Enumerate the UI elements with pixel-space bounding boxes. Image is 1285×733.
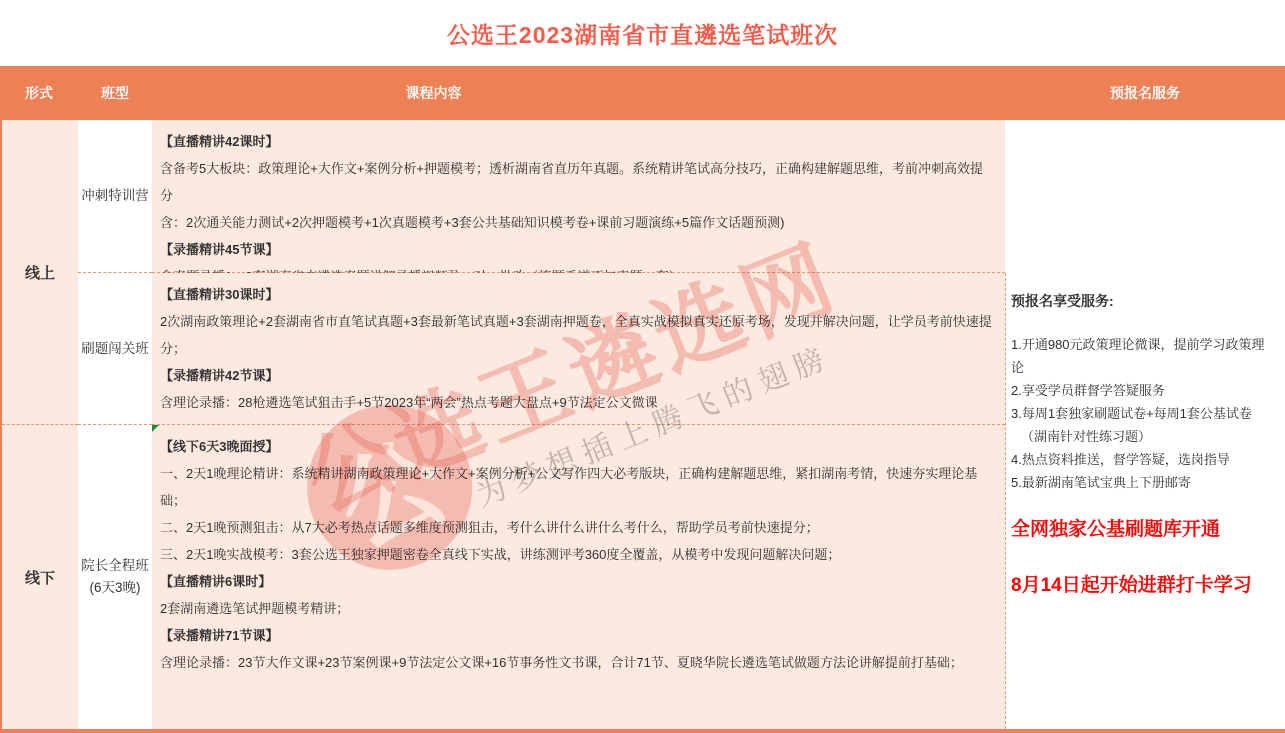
bottom-accent-bar <box>0 729 1285 733</box>
page: 公选王2023湖南省市直遴选笔试班次 形式 班型 课程内容 预报名服务 线上 线… <box>0 0 1285 733</box>
block-heading: 【录播精讲42节课】 <box>160 362 995 389</box>
content-cell-practice: 【直播精讲30课时】 2次湖南政策理论+2套湖南省市直笔试真题+3套最新笔试真题… <box>152 273 1005 425</box>
block-heading: 【录播精讲71节课】 <box>160 622 995 649</box>
class-cell-dean-duration: (6天3晚) <box>89 577 140 599</box>
block-heading: 【录播精讲45节课】 <box>160 236 995 263</box>
promo-highlight: 全网独家公基刷题库开通 <box>1011 518 1277 542</box>
header-cell-content: 课程内容 <box>152 83 1005 103</box>
green-corner-marker <box>152 425 159 432</box>
block-line: 含：2次通关能力测试+2次押题模考+1次真题模考+3套公共基础知识模考卷+课前习… <box>160 209 995 236</box>
title-bar: 公选王2023湖南省市直遴选笔试班次 <box>0 0 1285 66</box>
service-item: 1.开通980元政策理论微课，提前学习政策理论 <box>1011 333 1277 379</box>
block-line: 2次湖南政策理论+2套湖南省市直笔试真题+3套最新笔试真题+3套湖南押题卷，全真… <box>160 308 995 362</box>
header-cell-form: 形式 <box>0 83 78 103</box>
form-cell-offline: 线下 <box>2 425 78 729</box>
block-line: 含理论录播：28枪遴选笔试狙击手+5节2023年“两会”热点考题大盘点+9节法定… <box>160 389 995 416</box>
block-line: 含理论录播：23节大作文课+23节案例课+9节法定公文课+16节事务性文书课，合… <box>160 649 995 676</box>
content-cell-dean: 【线下6天3晚面授】 一、2天1晚理论精讲：系统精讲湖南政策理论+大作文+案例分… <box>152 425 1005 729</box>
header-cell-service: 预报名服务 <box>1005 83 1285 103</box>
service-item-note: （湖南针对性练习题） <box>1011 425 1277 448</box>
block-line: 三、2天1晚实战模考：3套公选王独家押题密卷全真线下实战，讲练测评考360度全覆… <box>160 541 995 568</box>
block-line: 含备考5大板块：政策理论+大作文+案例分析+押题模考；透析湖南省直历年真题。系统… <box>160 155 995 209</box>
service-item: 5.最新湖南笔试宝典上下册邮寄 <box>1011 471 1277 494</box>
service-item: 4.热点资料推送，督学答疑，选岗指导 <box>1011 448 1277 471</box>
table-header: 形式 班型 课程内容 预报名服务 <box>0 66 1285 120</box>
class-cell-dean: 院长全程班 (6天3晚) <box>78 425 152 729</box>
header-cell-class-type: 班型 <box>78 83 152 103</box>
block-heading: 【线下6天3晚面授】 <box>160 433 995 460</box>
header-cell-content-label: 课程内容 <box>406 83 462 103</box>
block-line: 2套湖南遴选笔试押题模考精讲； <box>160 595 995 622</box>
block-line: 二、2天1晚预测狙击：从7大必考热点话题多维度预测狙击，考什么讲什么讲什么考什么… <box>160 514 995 541</box>
service-item: 3.每周1套独家刷题试卷+每周1套公基试卷 <box>1011 402 1277 425</box>
class-cell-practice: 刷题闯关班 <box>78 273 152 425</box>
vertical-dashed-divider <box>1005 273 1006 729</box>
service-cell: 预报名享受服务: 1.开通980元政策理论微课，提前学习政策理论 2.享受学员群… <box>1005 120 1285 729</box>
class-cell-sprint: 冲刺特训营 <box>78 120 152 273</box>
service-heading: 预报名享受服务: <box>1011 290 1277 313</box>
block-line: 一、2天1晚理论精讲：系统精讲湖南政策理论+大作文+案例分析+公文写作四大必考版… <box>160 460 995 514</box>
page-title: 公选王2023湖南省市直遴选笔试班次 <box>447 17 838 50</box>
table-body: 线上 线下 冲刺特训营 刷题闯关班 院长全程班 (6天3晚) 【直播精讲42课时… <box>0 120 1285 729</box>
class-cell-dean-name: 院长全程班 <box>81 555 149 577</box>
service-item: 2.享受学员群督学答疑服务 <box>1011 379 1277 402</box>
promo-highlight: 8月14日起开始进群打卡学习 <box>1011 574 1277 598</box>
form-cell-online: 线上 <box>2 120 78 425</box>
block-heading: 【直播精讲42课时】 <box>160 128 995 155</box>
content-cell-sprint: 【直播精讲42课时】 含备考5大板块：政策理论+大作文+案例分析+押题模考；透析… <box>152 120 1005 273</box>
block-heading: 【直播精讲6课时】 <box>160 568 995 595</box>
block-heading: 【直播精讲30课时】 <box>160 281 995 308</box>
